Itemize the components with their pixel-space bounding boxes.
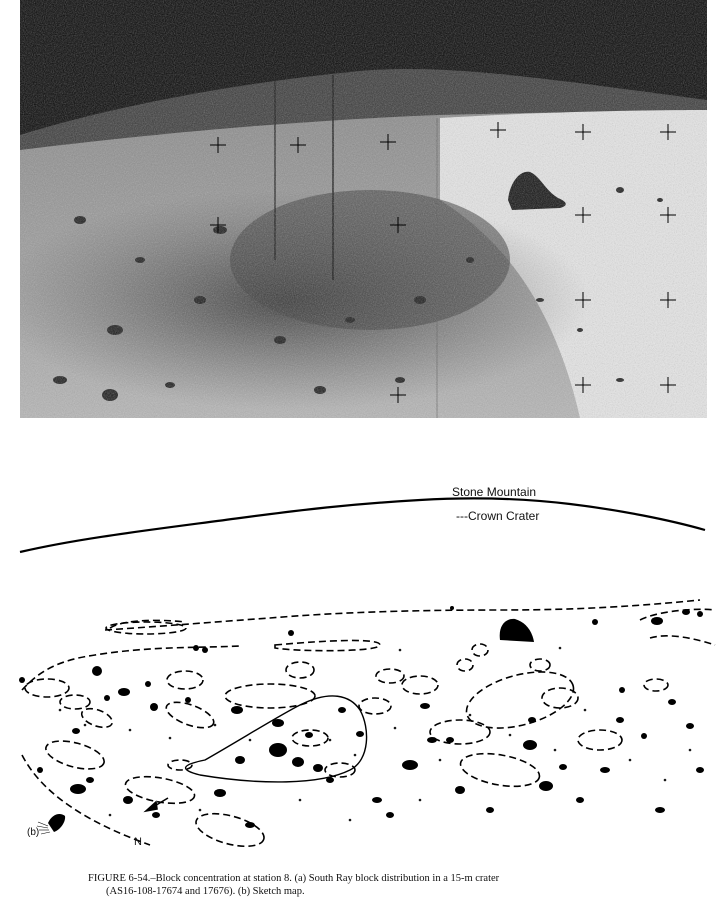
sun-rays-icon xyxy=(37,814,65,834)
sketch-drawing xyxy=(0,470,720,860)
lunar-photo xyxy=(20,0,707,418)
stone-mountain-skyline xyxy=(20,498,705,552)
sketch-map xyxy=(0,470,720,860)
stone-mountain-label: Stone Mountain xyxy=(452,485,536,499)
photo-drawing xyxy=(20,0,707,418)
caption-line-2: (AS16-108-17674 and 17676). (b) Sketch m… xyxy=(88,885,668,898)
part-b-label: (b) xyxy=(27,827,39,838)
caption-line-1: FIGURE 6-54.–Block concentration at stat… xyxy=(88,873,499,884)
north-label: N xyxy=(134,836,142,848)
figure-caption: FIGURE 6-54.–Block concentration at stat… xyxy=(88,872,668,898)
crown-crater-label: ---Crown Crater xyxy=(456,509,539,523)
